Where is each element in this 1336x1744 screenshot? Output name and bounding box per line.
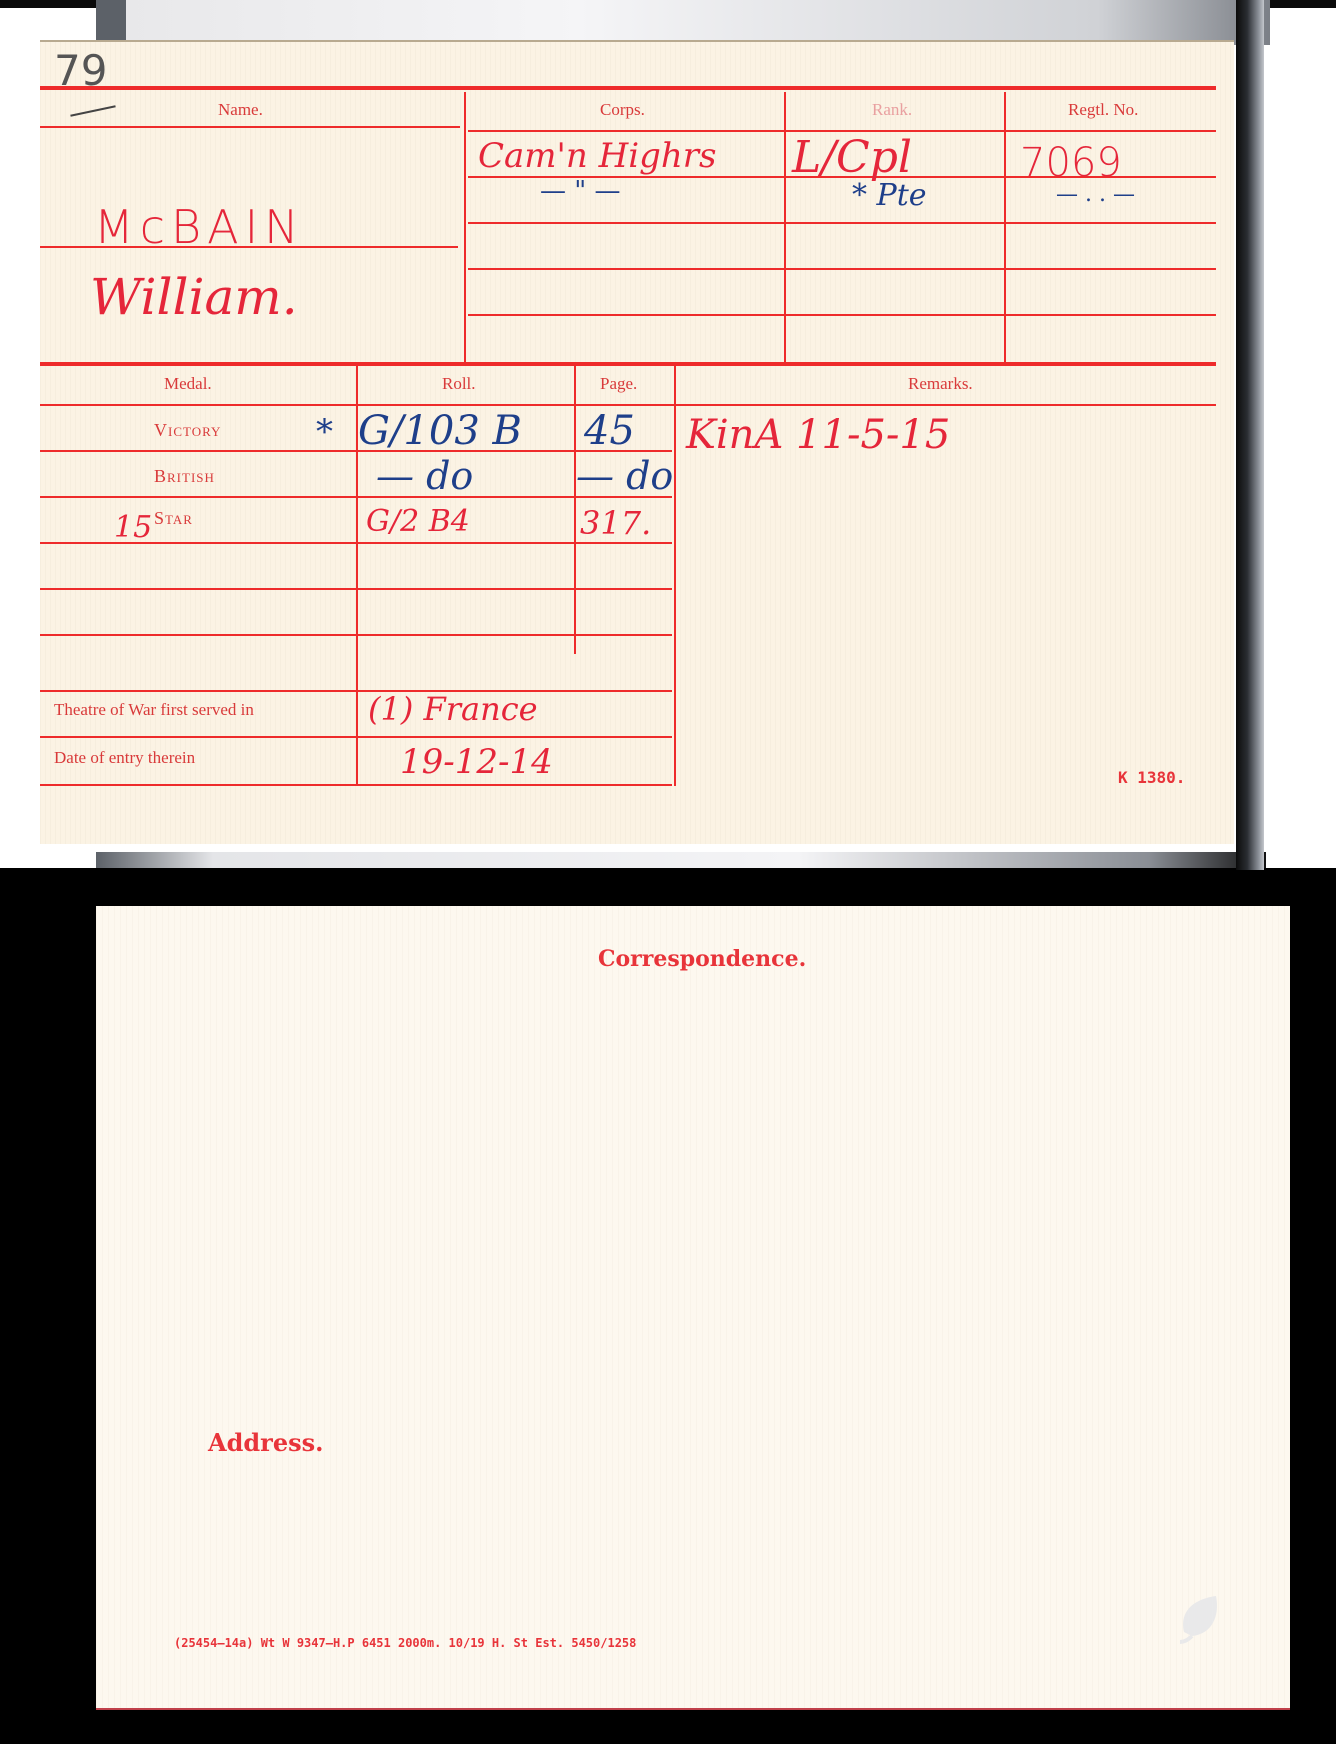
divider-corps-rank bbox=[784, 92, 786, 364]
rank-amended: * Pte bbox=[852, 178, 927, 213]
scanner-post-right bbox=[1236, 0, 1264, 870]
victory-mark: * bbox=[316, 412, 333, 452]
card-number-underline bbox=[70, 105, 115, 117]
rule-medal-1 bbox=[40, 404, 1216, 406]
form-code: K 1380. bbox=[1118, 768, 1185, 787]
header-roll: Roll. bbox=[442, 374, 476, 394]
top-rule bbox=[40, 86, 1216, 90]
medal-index-card-front: 79 Name. Corps. Rank. Regtl. No. McBAIN … bbox=[40, 40, 1234, 844]
rule-name-header bbox=[40, 126, 460, 128]
scanner-post-left bbox=[96, 0, 126, 45]
rule-right-4 bbox=[468, 268, 1216, 270]
correspondence-heading: Correspondence. bbox=[598, 946, 806, 972]
victory-page: 45 bbox=[584, 408, 635, 454]
star-page: 317. bbox=[580, 504, 651, 542]
header-corps: Corps. bbox=[600, 100, 645, 120]
theatre-value: (1) France bbox=[368, 690, 538, 728]
medal-star: Star bbox=[154, 508, 193, 529]
star-roll: G/2 B4 bbox=[366, 504, 470, 539]
star-prefix: 15 bbox=[114, 510, 152, 545]
medal-victory: Victory bbox=[154, 420, 221, 441]
header-remarks: Remarks. bbox=[908, 374, 973, 394]
surname: McBAIN bbox=[94, 200, 305, 254]
medal-british: British bbox=[154, 466, 215, 487]
leaf-watermark-icon bbox=[1176, 1592, 1224, 1644]
theatre-label: Theatre of War first served in bbox=[54, 700, 254, 720]
rule-theatre-top bbox=[40, 690, 672, 692]
regtl-no-value: 7069 bbox=[1020, 140, 1122, 186]
forename: William. bbox=[90, 268, 298, 326]
rule-theatre-bottom bbox=[40, 784, 672, 786]
header-page: Page. bbox=[600, 374, 637, 394]
medal-section-rule bbox=[40, 362, 1216, 366]
rule-right-3 bbox=[468, 222, 1216, 224]
rank-value: L/Cpl bbox=[792, 132, 912, 183]
corps-ditto: — " — bbox=[540, 176, 621, 206]
british-page: — do bbox=[576, 454, 673, 498]
rule-theatre-mid bbox=[40, 736, 672, 738]
header-rank: Rank. bbox=[872, 100, 912, 120]
printer-imprint: (25454—14a) Wt W 9347—H.P 6451 2000m. 10… bbox=[174, 1636, 636, 1650]
header-regtl-no: Regtl. No. bbox=[1068, 100, 1138, 120]
rule-medal-2 bbox=[40, 450, 672, 452]
rule-right-5 bbox=[468, 314, 1216, 316]
medal-index-card-back: Correspondence. Address. (25454—14a) Wt … bbox=[96, 906, 1290, 1710]
british-roll: — do bbox=[376, 454, 473, 498]
regtl-no-ditto: — . . — bbox=[1056, 182, 1135, 207]
scanner-strip-top bbox=[120, 0, 1270, 45]
header-medal: Medal. bbox=[164, 374, 212, 394]
divider-roll-page bbox=[574, 366, 576, 654]
divider-rank-regtl bbox=[1004, 92, 1006, 364]
rule-medal-5 bbox=[40, 588, 672, 590]
rule-medal-6 bbox=[40, 634, 672, 636]
entry-date-label: Date of entry therein bbox=[54, 748, 195, 768]
corps-value: Cam'n Highrs bbox=[478, 136, 716, 176]
victory-roll: G/103 B bbox=[358, 408, 522, 454]
entry-date-value: 19-12-14 bbox=[400, 742, 553, 782]
divider-name-corps bbox=[464, 92, 466, 364]
divider-page-remarks bbox=[674, 366, 676, 786]
remarks-value: KinA 11-5-15 bbox=[686, 412, 950, 458]
header-name: Name. bbox=[218, 100, 263, 120]
address-label: Address. bbox=[208, 1428, 323, 1457]
